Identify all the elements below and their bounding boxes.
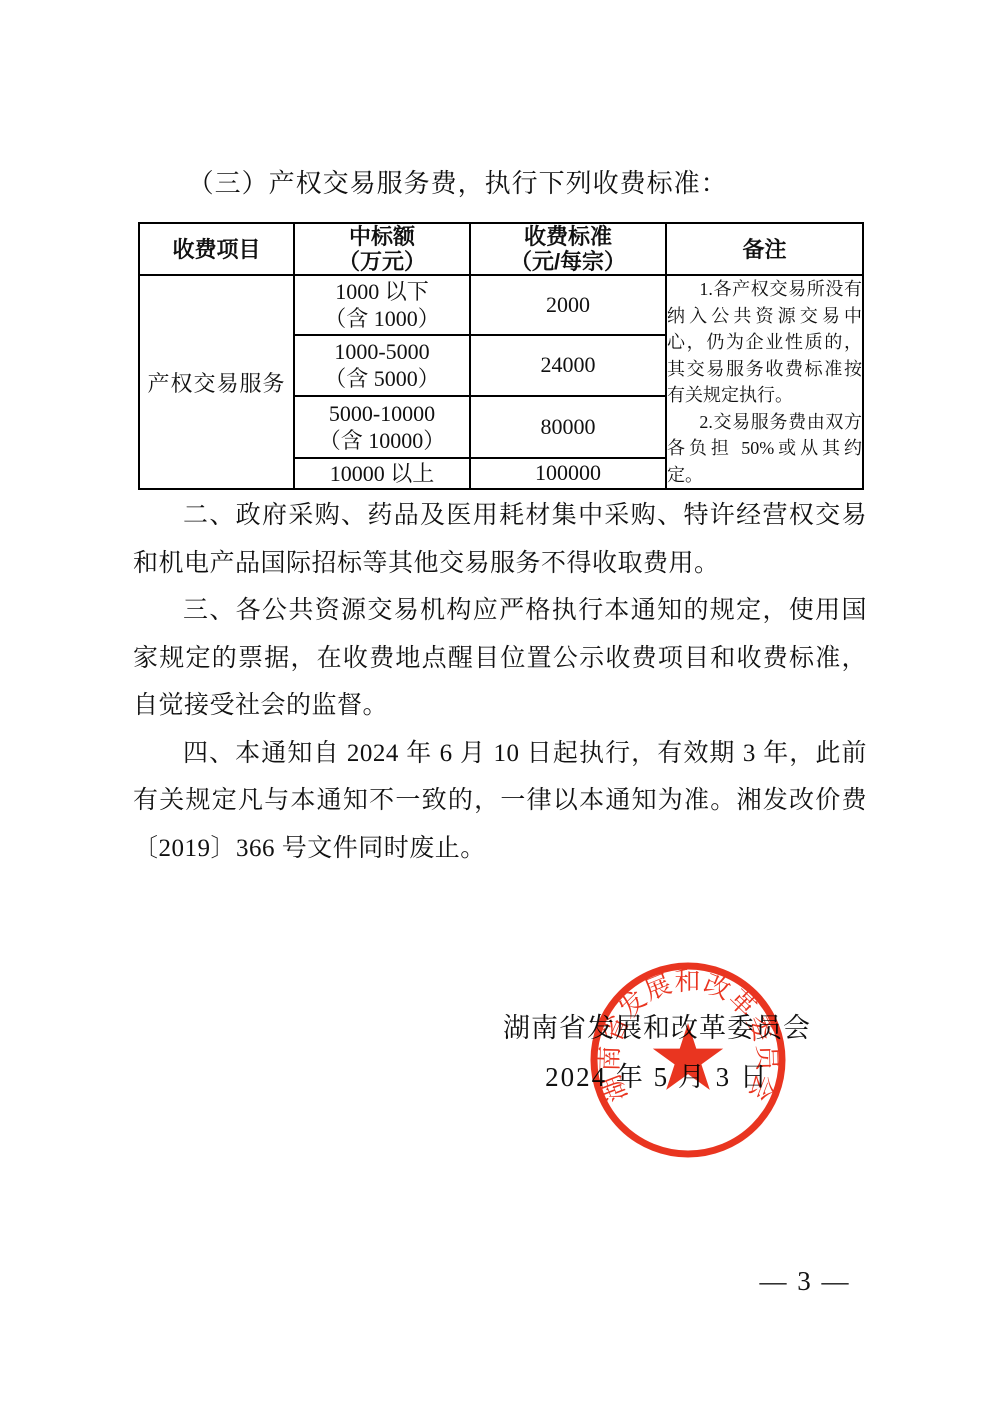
- item-cell: 产权交易服务: [139, 275, 294, 489]
- paragraph-2-line: 和机电产品国际招标等其他交易服务不得收取费用。: [133, 540, 867, 588]
- range-cell: 5000-10000 （含 10000）: [294, 396, 470, 458]
- table-row: 产权交易服务 1000 以下 （含 1000） 2000 1.各产权交易所没有纳…: [139, 275, 863, 335]
- paragraph-4-line: 有关规定凡与本通知不一致的，一律以本通知为准。湘发改价费: [133, 777, 867, 825]
- range-line: 10000 以上: [295, 460, 469, 487]
- document-page: （三）产权交易服务费，执行下列收费标准： 收费项目 中标额 （万元） 收费标准 …: [0, 0, 1000, 1413]
- body-paragraphs: 二、政府采购、药品及医用耗材集中采购、特许经营权交易 和机电产品国际招标等其他交…: [133, 492, 867, 872]
- range-cell: 1000 以下 （含 1000）: [294, 275, 470, 335]
- remark-cell: 1.各产权交易所没有纳入公共资源交易中心，仍为企业性质的，其交易服务收费标准按有…: [666, 275, 863, 489]
- range-line: 5000-10000: [295, 400, 469, 427]
- header-cell-remark: 备注: [666, 223, 863, 275]
- header-amount-line2: （万元）: [295, 249, 469, 274]
- seal-star: [653, 1023, 723, 1090]
- paragraph-4-line: 四、本通知自 2024 年 6 月 10 日起执行，有效期 3 年，此前: [133, 730, 867, 778]
- range-cell: 1000-5000 （含 5000）: [294, 335, 470, 396]
- header-amount-line1: 中标额: [295, 224, 469, 249]
- range-line: 1000 以下: [295, 278, 469, 305]
- range-line: （含 1000）: [295, 305, 469, 332]
- range-cell: 10000 以上: [294, 458, 470, 490]
- remark-item-2: 2.交易服务费由双方各负担 50%或从其约定。: [667, 409, 862, 489]
- table-header-row: 收费项目 中标额 （万元） 收费标准 （元/每宗） 备注: [139, 223, 863, 275]
- range-line: （含 5000）: [295, 365, 469, 392]
- fee-cell: 80000: [470, 396, 666, 458]
- remark-item-1: 1.各产权交易所没有纳入公共资源交易中心，仍为企业性质的，其交易服务收费标准按有…: [667, 276, 862, 409]
- page-number: — 3 —: [750, 1266, 860, 1297]
- official-seal: 湖南省发展和改革委员会: [578, 950, 798, 1170]
- header-cell-item: 收费项目: [139, 223, 294, 275]
- range-line: （含 10000）: [295, 427, 469, 454]
- fee-cell: 24000: [470, 335, 666, 396]
- paragraph-4-line: 〔2019〕366 号文件同时废止。: [133, 825, 867, 873]
- range-line: 1000-5000: [295, 338, 469, 365]
- paragraph-3-line: 自觉接受社会的监督。: [133, 682, 867, 730]
- paragraph-3-line: 三、各公共资源交易机构应严格执行本通知的规定，使用国: [133, 587, 867, 635]
- fee-cell: 2000: [470, 275, 666, 335]
- header-standard-line2: （元/每宗）: [471, 249, 665, 274]
- fee-table: 收费项目 中标额 （万元） 收费标准 （元/每宗） 备注 产权交易服务 1000…: [138, 222, 864, 490]
- header-cell-amount: 中标额 （万元）: [294, 223, 470, 275]
- header-cell-standard: 收费标准 （元/每宗）: [470, 223, 666, 275]
- section-heading: （三）产权交易服务费，执行下列收费标准：: [133, 166, 873, 202]
- paragraph-3-line: 家规定的票据，在收费地点醒目位置公示收费项目和收费标准，: [133, 635, 867, 683]
- header-standard-line1: 收费标准: [471, 224, 665, 249]
- paragraph-2-line: 二、政府采购、药品及医用耗材集中采购、特许经营权交易: [133, 492, 867, 540]
- fee-cell: 100000: [470, 458, 666, 490]
